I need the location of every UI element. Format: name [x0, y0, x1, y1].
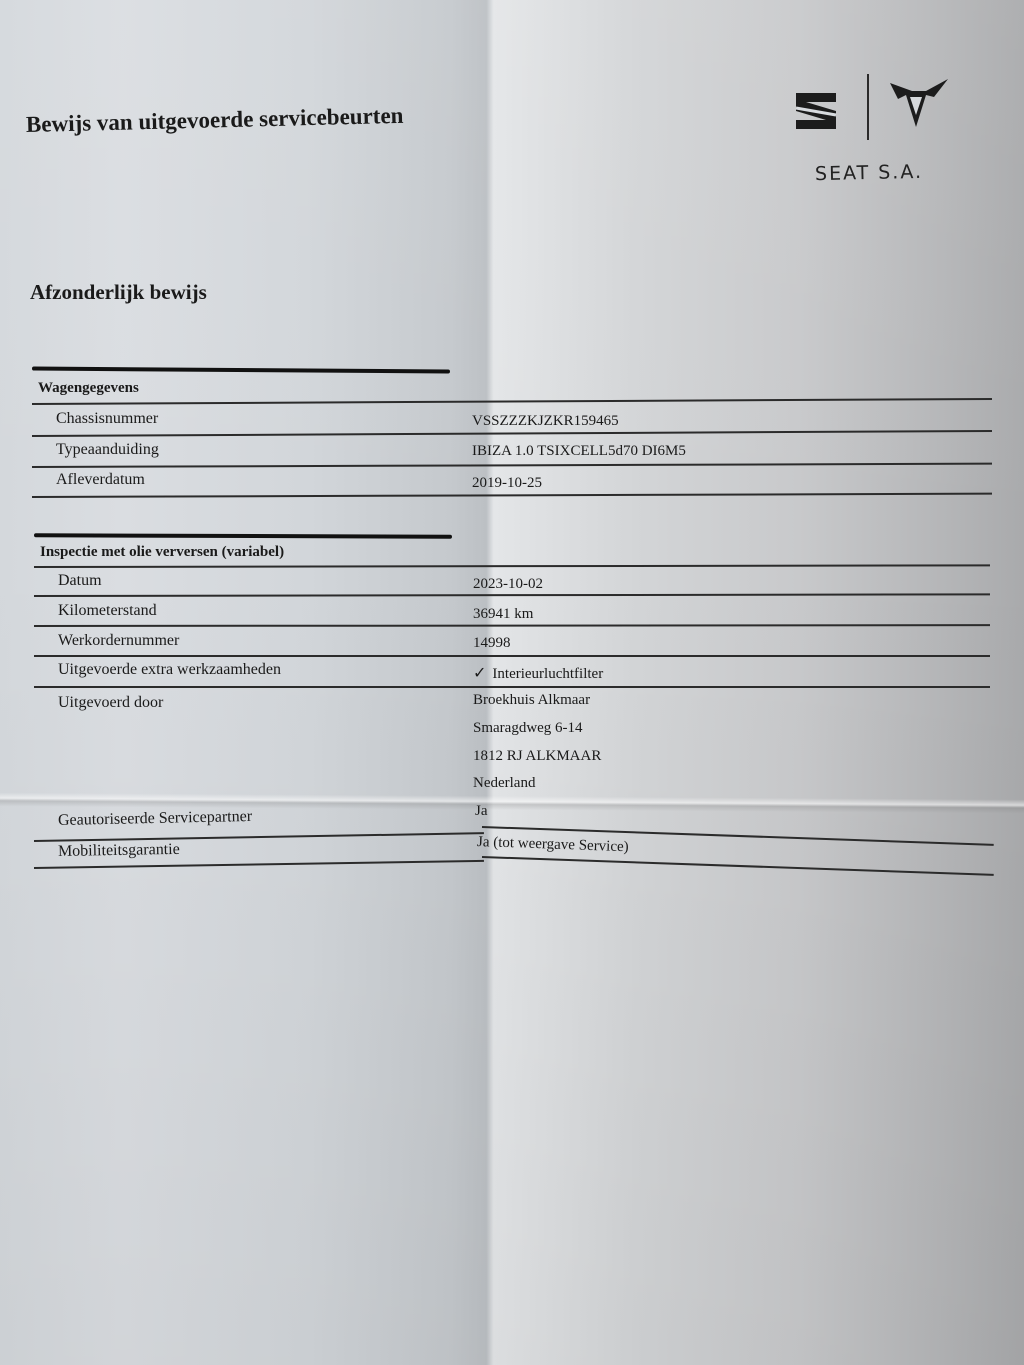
row-value: ✓Interieurluchtfilter [473, 663, 603, 683]
row-divider [482, 856, 994, 876]
row-label: Chassisnummer [56, 410, 158, 428]
row-label: Werkordernummer [58, 632, 179, 650]
row-divider [32, 398, 992, 405]
document-subtitle: Afzonderlijk bewijs [30, 280, 207, 305]
row-divider [32, 493, 992, 498]
row-divider [34, 564, 990, 568]
section-rule [34, 533, 452, 538]
row-divider [34, 686, 990, 688]
row-label: Geautoriseerde Servicepartner [58, 808, 252, 830]
section-heading: Inspectie met olie verversen (variabel) [40, 544, 284, 561]
checkmark-icon: ✓ [473, 663, 486, 682]
row-value: 36941 km [473, 606, 533, 623]
brand-logo-block: SEAT S.A. [790, 74, 960, 194]
row-value: 14998 [473, 635, 511, 652]
row-label: Uitgevoerde extra werkzaamheden [58, 661, 281, 679]
row-value: Ja [475, 803, 488, 820]
row-divider [32, 430, 992, 437]
row-label: Typeaanduiding [56, 441, 159, 459]
row-divider [34, 624, 990, 627]
seat-s-logo-icon [792, 91, 838, 131]
logo-divider [867, 74, 869, 140]
company-name: SEAT S.A. [815, 161, 923, 185]
row-divider [34, 860, 484, 869]
dealer-street: Smaragdweg 6-14 [473, 720, 583, 737]
document-title: Bewijs van uitgevoerde servicebeurten [26, 103, 404, 138]
extra-work-value: Interieurluchtfilter [492, 666, 603, 682]
row-value: VSSZZZKJZKR159465 [472, 413, 619, 430]
dealer-name: Broekhuis Alkmaar [473, 692, 590, 709]
dealer-country: Nederland [473, 775, 535, 792]
row-value: IBIZA 1.0 TSIXCELL5d70 DI6M5 [472, 443, 686, 460]
section-heading: Wagengegevens [38, 380, 139, 397]
row-label: Afleverdatum [56, 471, 145, 489]
row-divider [34, 655, 990, 657]
section-rule [32, 367, 450, 374]
row-label: Kilometerstand [58, 602, 157, 620]
dealer-city: 1812 RJ ALKMAAR [473, 748, 601, 765]
row-value: 2023-10-02 [473, 576, 543, 593]
row-value: Ja (tot weergave Service) [477, 834, 629, 856]
cupra-logo-icon [888, 77, 950, 129]
row-label: Uitgevoerd door [58, 694, 163, 712]
row-label: Datum [58, 572, 102, 590]
row-divider [32, 463, 992, 468]
row-divider [34, 832, 484, 842]
row-label: Mobiliteitsgarantie [58, 841, 180, 861]
row-divider [34, 593, 990, 597]
row-value: 2019-10-25 [472, 475, 542, 492]
